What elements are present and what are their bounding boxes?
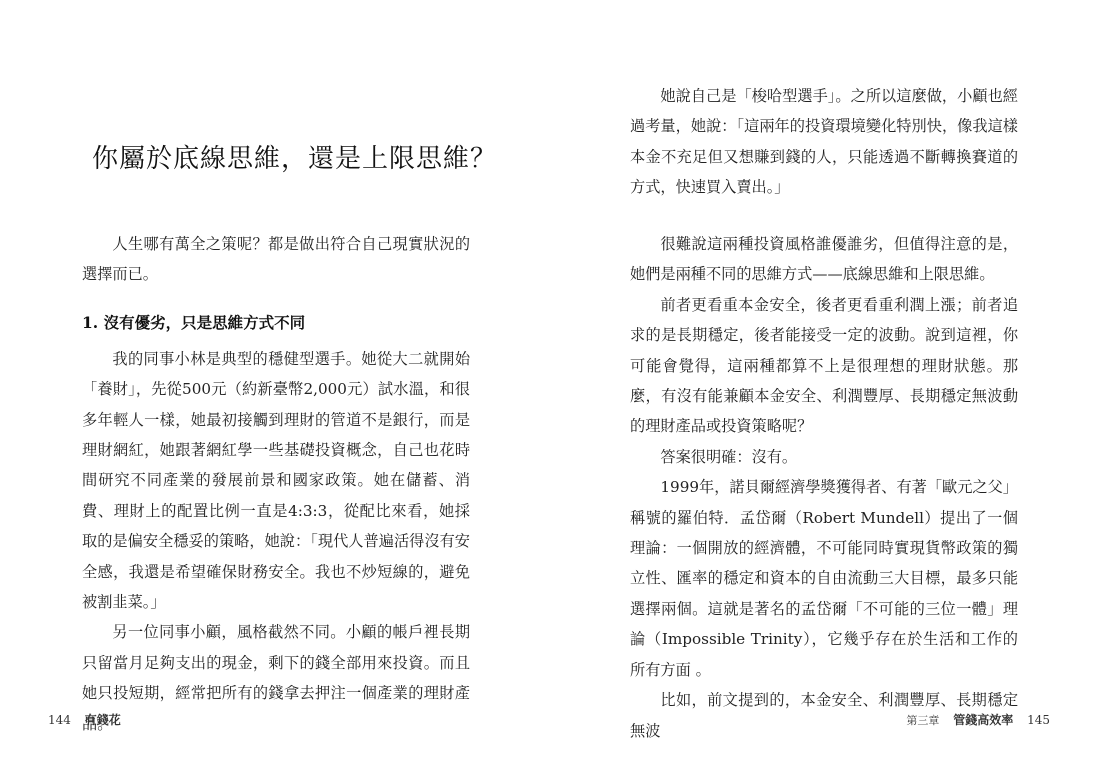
intro-paragraph: 人生哪有萬全之策呢？都是做出符合自己現實狀況的選擇而已。 (82, 229, 470, 290)
right-page-footer: 第三章 管錢高效率 145 (906, 711, 1060, 728)
chapter-label: 第三章 (906, 714, 939, 727)
right-page: 她說自己是「梭哈型選手」。之所以這麼做，小顧也經過考量，她說：「這兩年的投資環境… (550, 0, 1100, 780)
left-page-footer: 144 有錢花 (38, 711, 121, 728)
body-paragraph: 很難說這兩種投資風格誰優誰劣，但值得注意的是，她們是兩種不同的思維方式——底線思… (630, 229, 1018, 290)
body-paragraph: 另一位同事小顧，風格截然不同。小顧的帳戶裡長期只留當月足夠支出的現金，剩下的錢全… (82, 617, 470, 739)
right-body-top: 她說自己是「梭哈型選手」。之所以這麼做，小顧也經過考量，她說：「這兩年的投資環境… (630, 81, 1018, 203)
page-number: 144 (48, 713, 71, 727)
body-paragraph: 她說自己是「梭哈型選手」。之所以這麼做，小顧也經過考量，她說：「這兩年的投資環境… (630, 81, 1018, 203)
left-body-intro: 人生哪有萬全之策呢？都是做出符合自己現實狀況的選擇而已。 1. 沒有優劣，只是思… (82, 229, 470, 739)
body-paragraph: 答案很明確：沒有。 (630, 442, 1018, 472)
chapter-title: 管錢高效率 (953, 713, 1013, 727)
body-paragraph: 前者更看重本金安全，後者更看重利潤上漲；前者追求的是長期穩定，後者能接受一定的波… (630, 290, 1018, 442)
body-paragraph: 1999年，諾貝爾經濟學獎獲得者、有著「歐元之父」稱號的羅伯特．孟岱爾（Robe… (630, 472, 1018, 685)
left-page: 你屬於底線思維，還是上限思維？ 人生哪有萬全之策呢？都是做出符合自己現實狀況的選… (0, 0, 550, 780)
right-body-main: 很難說這兩種投資風格誰優誰劣，但值得注意的是，她們是兩種不同的思維方式——底線思… (630, 229, 1018, 746)
book-title: 有錢花 (85, 713, 121, 727)
chapter-section-title: 你屬於底線思維，還是上限思維？ (92, 138, 497, 175)
body-paragraph: 我的同事小林是典型的穩健型選手。她從大二就開始「養財」，先從500元（約新臺幣2… (82, 344, 470, 618)
section-heading: 1. 沒有優劣，只是思維方式不同 (82, 308, 470, 338)
page-number: 145 (1027, 713, 1050, 727)
